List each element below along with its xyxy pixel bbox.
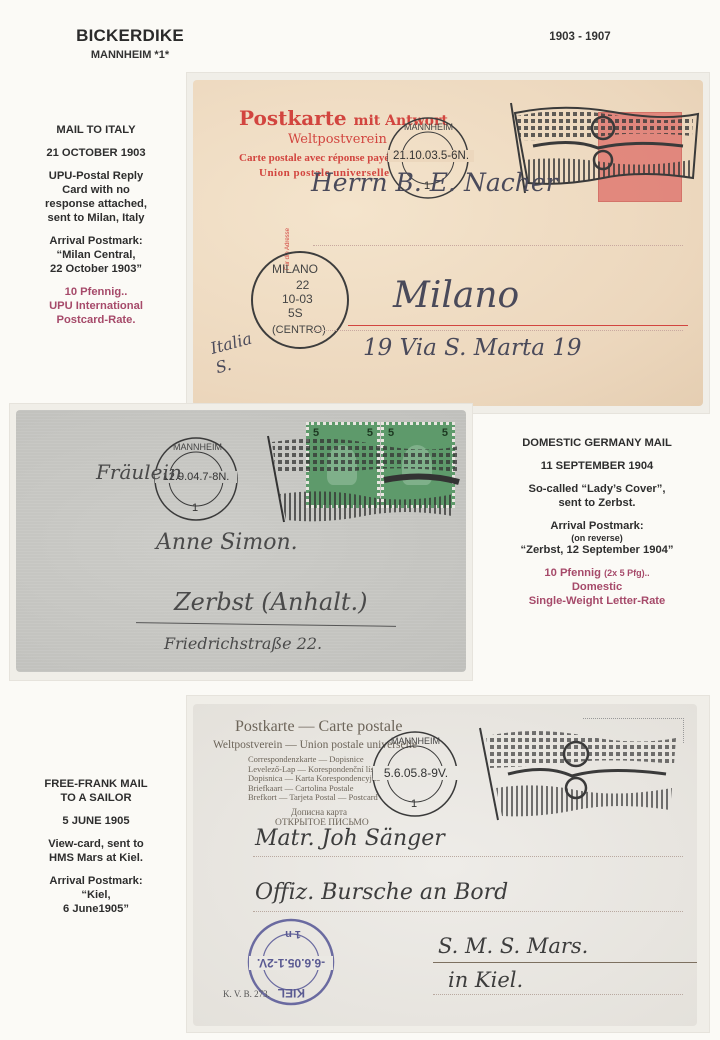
address-line-3: Friedrichstraße 22. <box>164 634 322 653</box>
section-2-arrival: Arrival Postmark: (on reverse) “Zerbst, … <box>478 519 716 557</box>
arrival-line: “Milan Central, <box>57 249 136 261</box>
section-1-text: UPU-Postal Reply Card with no response a… <box>8 169 184 225</box>
arrival-label: Arrival Postmark: <box>550 520 643 532</box>
heading-line: FREE-FRANK MAIL <box>44 778 147 790</box>
postmark-date: -6.6.05.1-2V. <box>249 956 333 970</box>
address-line-2: Milano <box>393 275 519 316</box>
address-line-1: Matr. Joh Sänger <box>255 826 445 851</box>
rate-line: 10 Pfennig.. <box>65 286 128 298</box>
card-3-languages: Correspondenzkarte — Dopisnice Levelező-… <box>248 755 384 803</box>
postmark-town: KIEL <box>278 986 305 1000</box>
section-3-date: 5 JUNE 1905 <box>8 814 184 828</box>
postmark-date: 21.10.03.5-6N. <box>388 150 474 162</box>
rate-detail: (2x 5 Pfg).. <box>604 568 650 578</box>
ladys-cover: 5 5 5 5 MANNHEIM 12.9.04.7-8N. 1 Fräulei… <box>16 410 466 672</box>
address-line-2: Offiz. Bursche an Bord <box>255 880 508 905</box>
section-3-arrival: Arrival Postmark: “Kiel, 6 June1905” <box>8 874 184 916</box>
section-1-rate: 10 Pfennig.. UPU International Postcard-… <box>8 285 184 327</box>
arrival-line: “Kiel, <box>81 889 110 901</box>
postmark-town: MANNHEIM <box>173 442 222 452</box>
card-3-cyrillic-1: Дописна карта <box>291 807 347 817</box>
stamp-area-outline <box>583 718 684 743</box>
postmark-number: 1 <box>192 502 198 514</box>
address-underline <box>136 622 396 627</box>
rate-main: 10 Pfennig <box>544 567 601 579</box>
heading-line: TO A SAILOR <box>60 792 131 804</box>
rate-line: Single-Weight Letter-Rate <box>529 595 666 607</box>
section-2-description: DOMESTIC GERMANY MAIL 11 SEPTEMBER 1904 … <box>478 436 716 617</box>
section-2-date: 11 SEPTEMBER 1904 <box>478 459 716 473</box>
year-range: 1903 - 1907 <box>530 31 630 43</box>
language-line: Brefkort — Tarjeta Postal — Postcard <box>248 793 384 803</box>
view-card-to-sailor: Postkarte — Carte postale Weltpostverein… <box>193 704 697 1026</box>
arrival-note: (on reverse) <box>478 533 716 543</box>
section-3-heading: FREE-FRANK MAIL TO A SAILOR <box>8 777 184 805</box>
desc-line: Card with no <box>62 184 130 196</box>
section-1-date: 21 OCTOBER 1903 <box>8 146 184 160</box>
rate-line: Postcard-Rate. <box>57 314 136 326</box>
flag-cancel-icon <box>264 432 464 527</box>
postmark-number: 1 n <box>285 928 301 940</box>
desc-line: So-called “Lady’s Cover”, <box>529 483 666 495</box>
desc-line: UPU-Postal Reply <box>49 170 144 182</box>
section-3-text: View-card, sent to HMS Mars at Kiel. <box>8 837 184 865</box>
card-1-print-line3: Carte postale avec réponse payée <box>239 152 394 164</box>
postmark-date: 5.6.05.8-9V. <box>373 766 459 780</box>
country-note: Italia S. <box>208 332 247 378</box>
section-3-description: FREE-FRANK MAIL TO A SAILOR 5 JUNE 1905 … <box>8 777 184 925</box>
address-line-3: 19 Via S. Marta 19 <box>363 335 582 361</box>
address-line-1: Herrn B. E. Nacher <box>311 168 558 197</box>
section-1-description: MAIL TO ITALY 21 OCTOBER 1903 UPU-Postal… <box>8 123 184 336</box>
address-line-2: Zerbst (Anhalt.) <box>174 588 368 616</box>
postmark-number: 1 <box>411 798 417 810</box>
arrival-line: 6 June1905” <box>63 903 129 915</box>
section-2-heading: DOMESTIC GERMANY MAIL <box>478 436 716 450</box>
card-3-imprint: K. V. B. 273. <box>223 989 270 999</box>
arrival-label: Arrival Postmark: <box>49 235 142 247</box>
address-underline <box>348 325 688 326</box>
address-underline <box>433 962 697 963</box>
section-1-arrival: Arrival Postmark: “Milan Central, 22 Oct… <box>8 234 184 276</box>
address-line-4: in Kiel. <box>448 968 523 992</box>
postmark-time: 5S <box>288 306 303 320</box>
postmark-town: MANNHEIM <box>404 122 453 132</box>
section-1-heading: MAIL TO ITALY <box>8 123 184 137</box>
section-2-text: So-called “Lady’s Cover”, sent to Zerbst… <box>478 482 716 510</box>
page-title: BICKERDIKE <box>60 26 200 46</box>
desc-line: response attached, <box>45 198 147 210</box>
address-line-0: Fräulein <box>96 460 182 484</box>
postmark-month-year: 10-03 <box>282 292 313 306</box>
rate-line: UPU International <box>49 300 143 312</box>
desc-line: HMS Mars at Kiel. <box>49 852 143 864</box>
page-subtitle: MANNHEIM *1* <box>60 49 200 61</box>
milano-arrival-postmark: MILANO 22 10-03 5S (CENTRO) <box>248 248 352 352</box>
address-line-3: S. M. S. Mars. <box>438 934 588 958</box>
desc-line: sent to Zerbst. <box>558 497 635 509</box>
address-line-1: Anne Simon. <box>156 530 298 555</box>
rate-line: Domestic <box>572 581 622 593</box>
postmark-town: MILANO <box>272 262 318 276</box>
desc-line: sent to Milan, Italy <box>48 212 145 224</box>
postmark-day: 22 <box>296 278 309 292</box>
arrival-label: Arrival Postmark: <box>49 875 142 887</box>
mannheim-postmark: MANNHEIM 5.6.05.8-9V. 1 <box>371 730 459 818</box>
arrival-line: 22 October 1903” <box>50 263 142 275</box>
section-2-rate: 10 Pfennig (2x 5 Pfg).. Domestic Single-… <box>478 566 716 608</box>
card-1-print-line2: Weltpostverein <box>288 132 387 147</box>
desc-line: View-card, sent to <box>48 838 144 850</box>
postmark-town: MANNHEIM <box>391 736 440 746</box>
arrival-line: “Zerbst, 12 September 1904” <box>521 544 674 556</box>
postcard-to-italy: Postkarte mit Antwort Weltpostverein Car… <box>193 80 703 406</box>
